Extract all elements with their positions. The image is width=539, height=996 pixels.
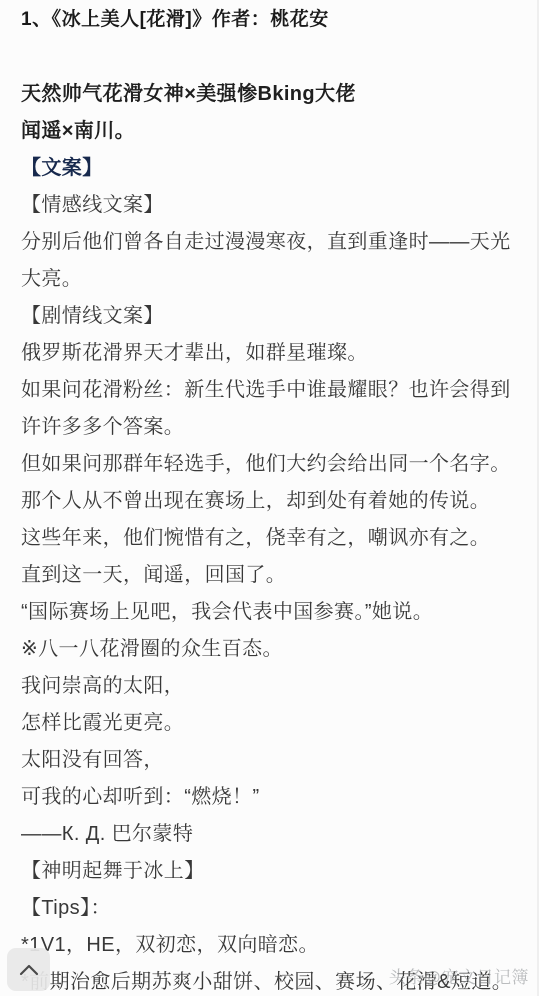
article-paragraph: 俄罗斯花滑界天才辈出，如群星璀璨。 (21, 335, 519, 372)
article-paragraph: 分别后他们曾各自走过漫漫寒夜，直到重逢时——天光大亮。 (21, 224, 519, 298)
article-body: 天然帅气花滑女神×美强惨Bking大佬闻遥×南川。【文案】【情感线文案】分别后他… (21, 76, 519, 996)
article-paragraph: *前期治愈后期苏爽小甜饼、校园、赛场、花滑&短道。 (21, 964, 519, 996)
article-paragraph: 【剧情线文案】 (21, 298, 519, 335)
article-paragraph: 那个人从不曾出现在赛场上，却到处有着她的传说。 (21, 483, 519, 520)
article-paragraph: 但如果问那群年轻选手，他们大约会给出同一个名字。 (21, 446, 519, 483)
article-paragraph: 太阳没有回答， (21, 742, 519, 779)
article-paragraph: 天然帅气花滑女神×美强惨Bking大佬 (21, 76, 519, 113)
article-paragraph: 直到这一天，闻遥，回国了。 (21, 557, 519, 594)
chevron-up-icon (19, 964, 39, 976)
article-paragraph: 闻遥×南川。 (21, 113, 519, 150)
article-paragraph: ※八一八花滑圈的众生百态。 (21, 631, 519, 668)
article-paragraph: 如果问花滑粉丝：新生代选手中谁最耀眼？也许会得到许许多多个答案。 (21, 372, 519, 446)
article-paragraph: “国际赛场上见吧，我会代表中国参赛。”她说。 (21, 594, 519, 631)
article-paragraph: *1V1，HE，双初恋，双向暗恋。 (21, 927, 519, 964)
article-paragraph: 【情感线文案】 (21, 187, 519, 224)
article-paragraph: 【神明起舞于冰上】 (21, 853, 519, 890)
article-paragraph: 可我的心却听到：“燃烧！” (21, 779, 519, 816)
article-paragraph: 怎样比霞光更亮。 (21, 705, 519, 742)
article-paragraph: 这些年来，他们惋惜有之，侥幸有之，嘲讽亦有之。 (21, 520, 519, 557)
article-paragraph: 我问崇高的太阳， (21, 668, 519, 705)
novel-recommendation-page: { "page": { "background_color": "#fcfcfc… (0, 0, 539, 996)
article-paragraph: 【文案】 (21, 150, 519, 187)
page-title: 1、《冰上美人[花滑]》作者：桃花安 (21, 6, 519, 34)
article-paragraph: ——К. Д. 巴尔蒙特 (21, 816, 519, 853)
article-paragraph: 【Tips】： (21, 890, 519, 927)
back-to-top-button[interactable] (7, 948, 50, 991)
article: 1、《冰上美人[花滑]》作者：桃花安 天然帅气花滑女神×美强惨Bking大佬闻遥… (0, 0, 537, 996)
